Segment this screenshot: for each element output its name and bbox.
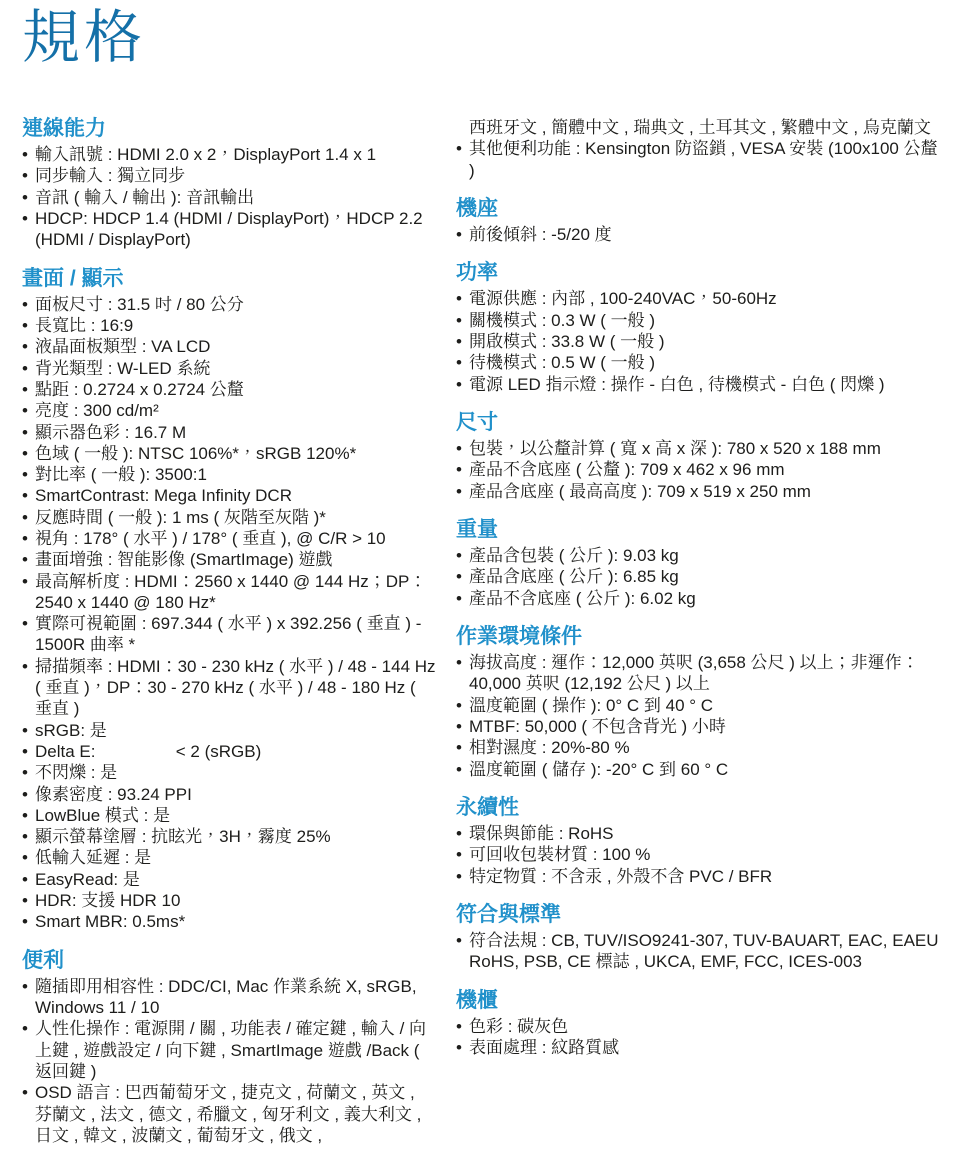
spec-item: 產品不含底座 ( 公釐 ): 709 x 462 x 96 mm <box>456 459 942 480</box>
spec-item: 產品含底座 ( 公斤 ): 6.85 kg <box>456 566 942 587</box>
left-column: 連線能力輸入訊號 : HDMI 2.0 x 2，DisplayPort 1.4 … <box>22 101 436 1146</box>
spec-item: 低輸入延遲 : 是 <box>22 847 436 868</box>
cabinet-list: 色彩 : 碳灰色表面處理 : 紋路質感 <box>456 1016 942 1059</box>
spec-item: 海拔高度 : 運作：12,000 英呎 (3,658 公尺 ) 以上；非運作：4… <box>456 652 942 695</box>
spec-item: LowBlue 模式 : 是 <box>22 805 436 826</box>
section-weight: 重量產品含包裝 ( 公斤 ): 9.03 kg產品含底座 ( 公斤 ): 6.8… <box>456 518 942 609</box>
spec-item: 開啟模式 : 33.8 W ( 一般 ) <box>456 331 942 352</box>
spec-page: 規格 連線能力輸入訊號 : HDMI 2.0 x 2，DisplayPort 1… <box>0 0 960 1152</box>
spec-columns: 連線能力輸入訊號 : HDMI 2.0 x 2，DisplayPort 1.4 … <box>22 101 942 1146</box>
spec-item: EasyRead: 是 <box>22 869 436 890</box>
dimensions-heading: 尺寸 <box>456 411 942 435</box>
spec-item: 產品不含底座 ( 公斤 ): 6.02 kg <box>456 588 942 609</box>
spec-item: 電源供應 : 內部 , 100-240VAC，50-60Hz <box>456 288 942 309</box>
spec-item: MTBF: 50,000 ( 不包含背光 ) 小時 <box>456 716 942 737</box>
power-heading: 功率 <box>456 261 942 285</box>
dimensions-list: 包裝，以公釐計算 ( 寬 x 高 x 深 ): 780 x 520 x 188 … <box>456 438 942 502</box>
section-dimensions: 尺寸包裝，以公釐計算 ( 寬 x 高 x 深 ): 780 x 520 x 18… <box>456 411 942 502</box>
spec-item: 亮度 : 300 cd/m² <box>22 400 436 421</box>
spec-item: 點距 : 0.2724 x 0.2724 公釐 <box>22 379 436 400</box>
stand-list: 前後傾斜 : -5/20 度 <box>456 224 942 245</box>
cabinet-heading: 機櫃 <box>456 989 942 1013</box>
operating-conditions-list: 海拔高度 : 運作：12,000 英呎 (3,658 公尺 ) 以上；非運作：4… <box>456 652 942 780</box>
spec-item: OSD 語言 : 巴西葡萄牙文 , 捷克文 , 荷蘭文 , 英文 , 芬蘭文 ,… <box>22 1082 436 1146</box>
spec-item: 西班牙文 , 簡體中文 , 瑞典文 , 土耳其文 , 繁體中文 , 烏克蘭文 <box>456 117 942 138</box>
picture-display-list: 面板尺寸 : 31.5 吋 / 80 公分長寬比 : 16:9液晶面板類型 : … <box>22 294 436 933</box>
section-convenience: 便利隨插即用相容性 : DDC/CI, Mac 作業系統 X, sRGB, Wi… <box>22 949 436 1147</box>
stand-heading: 機座 <box>456 197 942 221</box>
power-list: 電源供應 : 內部 , 100-240VAC，50-60Hz關機模式 : 0.3… <box>456 288 942 394</box>
spec-item: 符合法規 : CB, TUV/ISO9241-307, TUV-BAUART, … <box>456 930 942 973</box>
spec-item: 特定物質 : 不含汞 , 外殼不含 PVC / BFR <box>456 866 942 887</box>
spec-item: Delta E: < 2 (sRGB) <box>22 741 436 762</box>
page-title: 規格 <box>22 6 942 71</box>
spec-item: 畫面增強 : 智能影像 (SmartImage) 遊戲 <box>22 549 436 570</box>
operating-conditions-heading: 作業環境條件 <box>456 625 942 649</box>
spec-item: 溫度範圍 ( 操作 ): 0° C 到 40 ° C <box>456 695 942 716</box>
spec-item: 隨插即用相容性 : DDC/CI, Mac 作業系統 X, sRGB, Wind… <box>22 976 436 1019</box>
section-cabinet: 機櫃色彩 : 碳灰色表面處理 : 紋路質感 <box>456 989 942 1059</box>
spec-item: 色域 ( 一般 ): NTSC 106%*，sRGB 120%* <box>22 443 436 464</box>
connectivity-heading: 連線能力 <box>22 117 436 141</box>
spec-item: 面板尺寸 : 31.5 吋 / 80 公分 <box>22 294 436 315</box>
sustainability-heading: 永續性 <box>456 796 942 820</box>
spec-item: 不閃爍 : 是 <box>22 762 436 783</box>
spec-item: 音訊 ( 輸入 / 輸出 ): 音訊輸出 <box>22 187 436 208</box>
compliance-standards-list: 符合法規 : CB, TUV/ISO9241-307, TUV-BAUART, … <box>456 930 942 973</box>
spec-item: 背光類型 : W-LED 系統 <box>22 358 436 379</box>
spec-item: SmartContrast: Mega Infinity DCR <box>22 485 436 506</box>
connectivity-list: 輸入訊號 : HDMI 2.0 x 2，DisplayPort 1.4 x 1同… <box>22 144 436 250</box>
spec-item: 顯示器色彩 : 16.7 M <box>22 422 436 443</box>
spec-item: 輸入訊號 : HDMI 2.0 x 2，DisplayPort 1.4 x 1 <box>22 144 436 165</box>
spec-item: 視角 : 178° ( 水平 ) / 178° ( 垂直 ), @ C/R > … <box>22 528 436 549</box>
spec-item: 像素密度 : 93.24 PPI <box>22 784 436 805</box>
spec-item: 相對濕度 : 20%-80 % <box>456 737 942 758</box>
spec-item: 最高解析度 : HDMI：2560 x 1440 @ 144 Hz；DP：254… <box>22 571 436 614</box>
spec-item: 顯示螢幕塗層 : 抗眩光，3H，霧度 25% <box>22 826 436 847</box>
spec-item: 溫度範圍 ( 儲存 ): -20° C 到 60 ° C <box>456 759 942 780</box>
section-osd-languages-continued: 西班牙文 , 簡體中文 , 瑞典文 , 土耳其文 , 繁體中文 , 烏克蘭文其他… <box>456 117 942 181</box>
spec-item: 人性化操作 : 電源開 / 關 , 功能表 / 確定鍵 , 輸入 / 向上鍵 ,… <box>22 1018 436 1082</box>
convenience-list: 隨插即用相容性 : DDC/CI, Mac 作業系統 X, sRGB, Wind… <box>22 976 436 1146</box>
section-sustainability: 永續性環保與節能 : RoHS可回收包裝材質 : 100 %特定物質 : 不含汞… <box>456 796 942 887</box>
spec-item: 液晶面板類型 : VA LCD <box>22 336 436 357</box>
section-power: 功率電源供應 : 內部 , 100-240VAC，50-60Hz關機模式 : 0… <box>456 261 942 395</box>
section-operating-conditions: 作業環境條件海拔高度 : 運作：12,000 英呎 (3,658 公尺 ) 以上… <box>456 625 942 780</box>
weight-heading: 重量 <box>456 518 942 542</box>
spec-item: 產品含包裝 ( 公斤 ): 9.03 kg <box>456 545 942 566</box>
spec-item: 產品含底座 ( 最高高度 ): 709 x 519 x 250 mm <box>456 481 942 502</box>
spec-item: 實際可視範圍 : 697.344 ( 水平 ) x 392.256 ( 垂直 )… <box>22 613 436 656</box>
spec-item: 關機模式 : 0.3 W ( 一般 ) <box>456 310 942 331</box>
picture-display-heading: 畫面 / 顯示 <box>22 267 436 291</box>
spec-item: 可回收包裝材質 : 100 % <box>456 844 942 865</box>
osd-languages-continued-list: 西班牙文 , 簡體中文 , 瑞典文 , 土耳其文 , 繁體中文 , 烏克蘭文其他… <box>456 117 942 181</box>
section-stand: 機座前後傾斜 : -5/20 度 <box>456 197 942 245</box>
spec-item: 對比率 ( 一般 ): 3500:1 <box>22 464 436 485</box>
spec-item: 環保與節能 : RoHS <box>456 823 942 844</box>
spec-item: 同步輸入 : 獨立同步 <box>22 165 436 186</box>
spec-item: 包裝，以公釐計算 ( 寬 x 高 x 深 ): 780 x 520 x 188 … <box>456 438 942 459</box>
spec-item: HDR: 支援 HDR 10 <box>22 890 436 911</box>
weight-list: 產品含包裝 ( 公斤 ): 9.03 kg產品含底座 ( 公斤 ): 6.85 … <box>456 545 942 609</box>
spec-item: 表面處理 : 紋路質感 <box>456 1037 942 1058</box>
sustainability-list: 環保與節能 : RoHS可回收包裝材質 : 100 %特定物質 : 不含汞 , … <box>456 823 942 887</box>
spec-item: 色彩 : 碳灰色 <box>456 1016 942 1037</box>
section-picture-display: 畫面 / 顯示面板尺寸 : 31.5 吋 / 80 公分長寬比 : 16:9液晶… <box>22 267 436 933</box>
spec-item: 待機模式 : 0.5 W ( 一般 ) <box>456 352 942 373</box>
compliance-standards-heading: 符合與標準 <box>456 903 942 927</box>
section-compliance-standards: 符合與標準符合法規 : CB, TUV/ISO9241-307, TUV-BAU… <box>456 903 942 973</box>
spec-item: 反應時間 ( 一般 ): 1 ms ( 灰階至灰階 )* <box>22 507 436 528</box>
spec-item: Smart MBR: 0.5ms* <box>22 911 436 932</box>
convenience-heading: 便利 <box>22 949 436 973</box>
spec-item: sRGB: 是 <box>22 720 436 741</box>
spec-item: 電源 LED 指示燈 : 操作 - 白色 , 待機模式 - 白色 ( 閃爍 ) <box>456 374 942 395</box>
spec-item: 掃描頻率 : HDMI：30 - 230 kHz ( 水平 ) / 48 - 1… <box>22 656 436 720</box>
spec-item: 其他便利功能 : Kensington 防盜鎖 , VESA 安裝 (100x1… <box>456 138 942 181</box>
section-connectivity: 連線能力輸入訊號 : HDMI 2.0 x 2，DisplayPort 1.4 … <box>22 117 436 251</box>
spec-item: 前後傾斜 : -5/20 度 <box>456 224 942 245</box>
spec-item: 長寬比 : 16:9 <box>22 315 436 336</box>
spec-item: HDCP: HDCP 1.4 (HDMI / DisplayPort)，HDCP… <box>22 208 436 251</box>
right-column: 西班牙文 , 簡體中文 , 瑞典文 , 土耳其文 , 繁體中文 , 烏克蘭文其他… <box>456 101 942 1058</box>
